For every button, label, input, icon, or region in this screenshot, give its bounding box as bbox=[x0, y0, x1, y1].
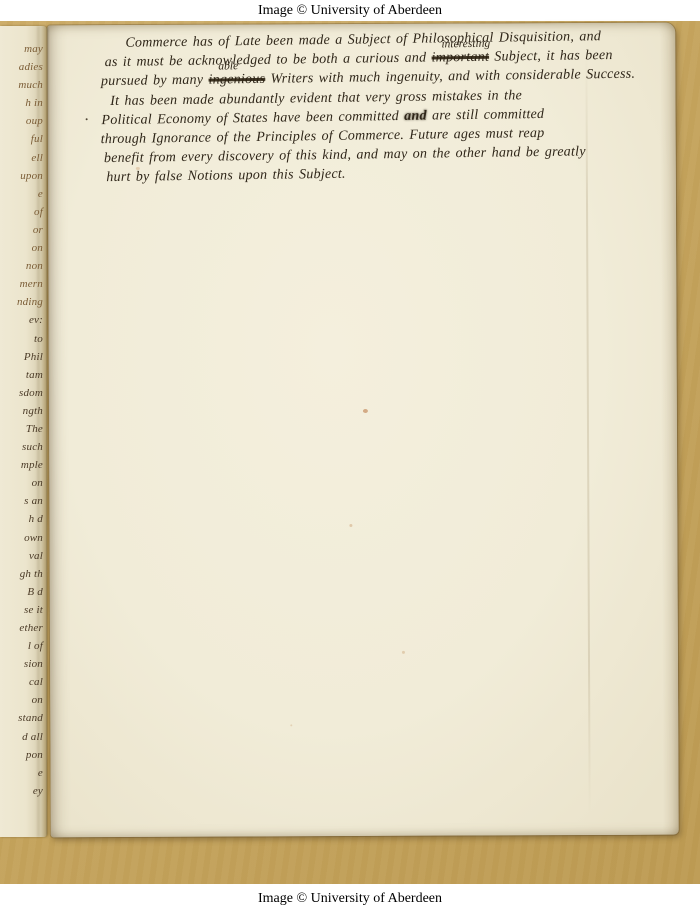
verso-fragment: d all bbox=[0, 728, 47, 746]
manuscript-text-segment: Political Economy of States have been co… bbox=[101, 109, 399, 128]
manuscript-text-segment: Writers with much ingenuity, and with co… bbox=[270, 67, 635, 87]
verso-fragment: adies bbox=[0, 58, 47, 76]
foxing-spot bbox=[290, 724, 292, 726]
verso-fragment: val bbox=[0, 547, 47, 565]
manuscript-text-segment: Subject, it has been bbox=[494, 48, 613, 65]
struck-word: ingenious bbox=[208, 72, 265, 88]
ink-speck bbox=[86, 118, 88, 120]
verso-fragment: on bbox=[0, 239, 47, 257]
verso-fragment: mple bbox=[0, 456, 47, 474]
verso-fragment: non bbox=[0, 257, 47, 275]
verso-fragment: oup bbox=[0, 112, 47, 130]
verso-fragment: h in bbox=[0, 94, 47, 112]
verso-fragment: may bbox=[0, 40, 47, 58]
verso-fragment: l of bbox=[0, 637, 47, 655]
verso-fragment: s an bbox=[0, 492, 47, 510]
verso-fragment: h d bbox=[0, 510, 47, 528]
credit-text-bottom: Image © University of Aberdeen bbox=[258, 891, 442, 906]
verso-fragment: gh th bbox=[0, 565, 47, 583]
verso-fragment: nding bbox=[0, 293, 47, 311]
verso-fragment: on bbox=[0, 474, 47, 492]
inserted-word: able bbox=[218, 62, 238, 73]
verso-fragment: such bbox=[0, 438, 47, 456]
verso-fragment: to bbox=[0, 330, 47, 348]
verso-fragment: e bbox=[0, 185, 47, 203]
credit-text-top: Image © University of Aberdeen bbox=[258, 3, 442, 18]
verso-fragment: tam bbox=[0, 366, 47, 384]
foxing-spot bbox=[363, 409, 368, 413]
verso-fragment: B d bbox=[0, 583, 47, 601]
foxing-spot bbox=[136, 167, 140, 170]
verso-fragment: ell bbox=[0, 149, 47, 167]
verso-fragment: pon bbox=[0, 746, 47, 764]
verso-fragment: of bbox=[0, 203, 47, 221]
verso-fragment-list: mayadiesmuchh inoupfulelluponeoforonnonm… bbox=[0, 26, 47, 800]
verso-fragment: upon bbox=[0, 167, 47, 185]
verso-page-edge: mayadiesmuchh inoupfulelluponeoforonnonm… bbox=[0, 26, 47, 837]
manuscript-text-block: Commerce has of Late been made a Subject… bbox=[99, 26, 678, 188]
inserted-word: interesting bbox=[441, 39, 490, 51]
foxing-spot bbox=[402, 651, 405, 654]
verso-fragment: cal bbox=[0, 673, 47, 691]
verso-fragment: mern bbox=[0, 275, 47, 293]
credit-line-bottom: Image © University of Aberdeen bbox=[0, 884, 700, 910]
verso-fragment: much bbox=[0, 76, 47, 94]
verso-fragment: Phil bbox=[0, 348, 47, 366]
verso-fragment: ngth bbox=[0, 402, 47, 420]
verso-fragment: ey bbox=[0, 782, 47, 800]
verso-fragment: stand bbox=[0, 709, 47, 727]
verso-fragment: own bbox=[0, 529, 47, 547]
verso-fragment: sdom bbox=[0, 384, 47, 402]
manuscript-text-segment: are still committed bbox=[432, 107, 544, 124]
verso-fragment: ev: bbox=[0, 311, 47, 329]
verso-fragment: on bbox=[0, 691, 47, 709]
manuscript-text-segment: as it must be acknowledged to be both a … bbox=[105, 51, 427, 70]
verso-fragment: ether bbox=[0, 619, 47, 637]
verso-fragment: or bbox=[0, 221, 47, 239]
verso-fragment: ful bbox=[0, 130, 47, 148]
verso-fragment: sion bbox=[0, 655, 47, 673]
blotted-word: and bbox=[404, 108, 427, 123]
verso-fragment: se it bbox=[0, 601, 47, 619]
struck-word: important bbox=[432, 50, 490, 66]
verso-fragment: e bbox=[0, 764, 47, 782]
manuscript-scan-root: Image © University of Aberdeen mayadiesm… bbox=[0, 0, 700, 910]
manuscript-text-segment: hurt by false Notions upon this Subject. bbox=[106, 167, 346, 185]
manuscript-page: Commerce has of Late been made a Subject… bbox=[47, 23, 679, 838]
manuscript-text-segment: pursued by many bbox=[101, 73, 204, 89]
foxing-spot bbox=[349, 524, 352, 527]
verso-fragment: The bbox=[0, 420, 47, 438]
credit-line-top: Image © University of Aberdeen bbox=[0, 0, 700, 21]
